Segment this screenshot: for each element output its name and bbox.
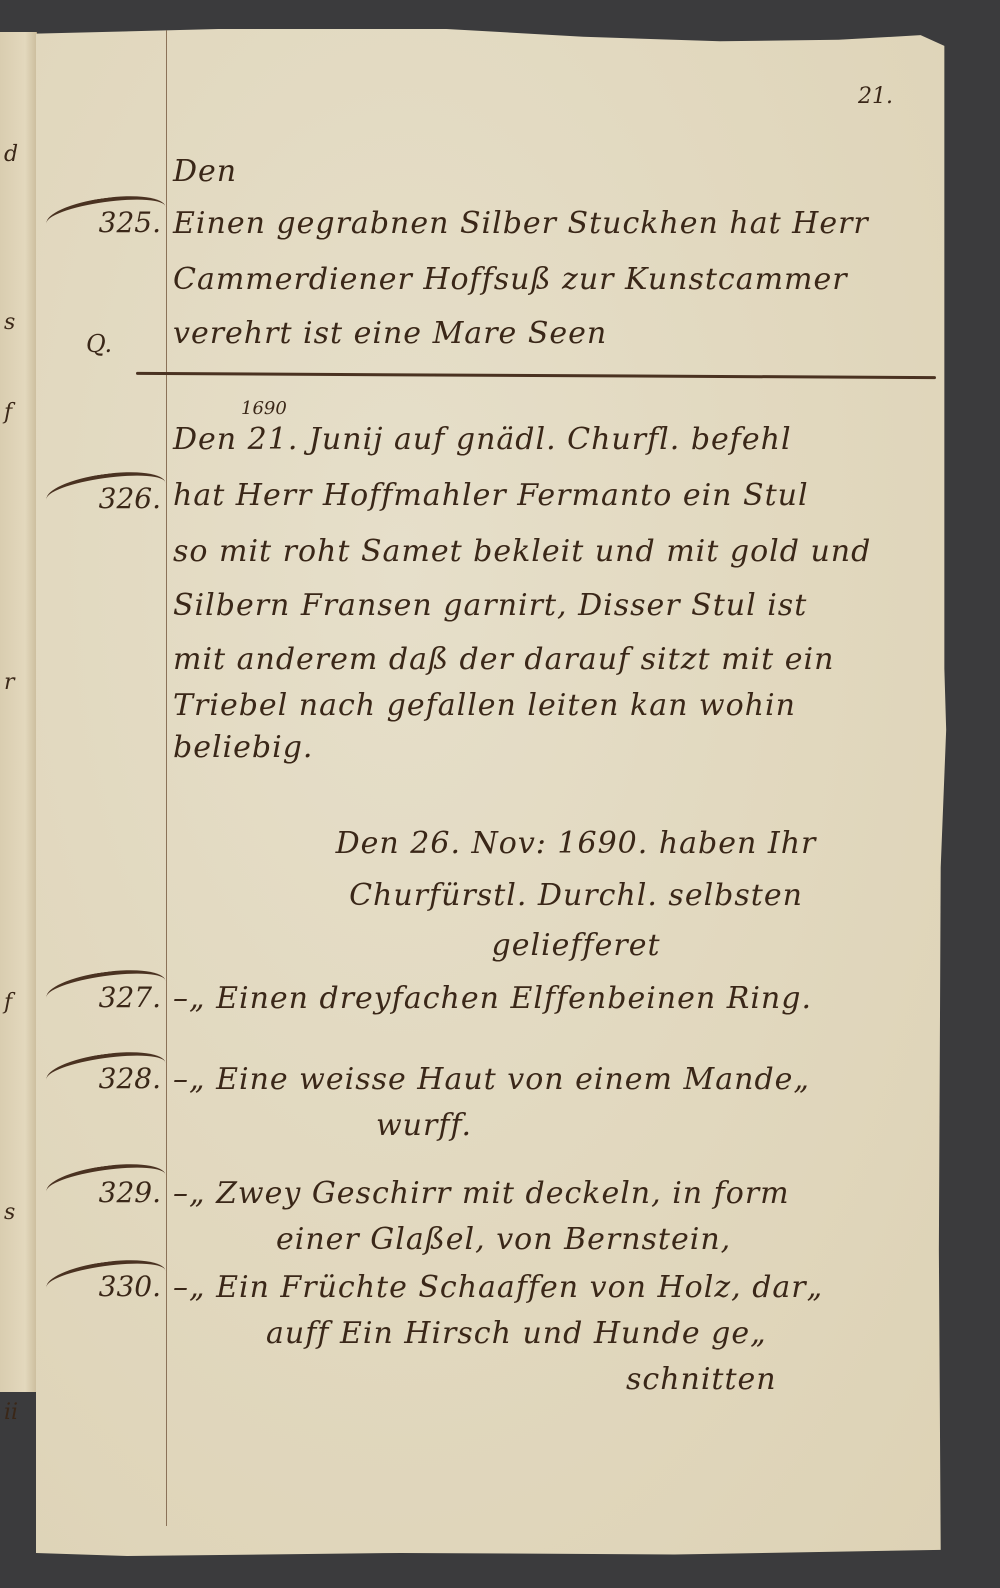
margin-rule [166, 26, 167, 1526]
margin-mark: Q. [86, 330, 112, 358]
entry-number-328: 328. [86, 1062, 161, 1095]
entry-326-year: 1690 [241, 398, 287, 419]
entry-325-line: Einen gegrabnen Silber Stuckhen hat Herr [173, 206, 943, 241]
entry-326-line: hat Herr Hoffmahler Fermanto ein Stul [173, 478, 943, 513]
prev-page-fragment: s [4, 1202, 15, 1224]
entry-329-line: einer Glaßel, von Bernstein, [276, 1222, 1000, 1257]
prev-page-fragment: ii [4, 1402, 18, 1424]
entry-329-line: –„ Zwey Geschirr mit deckeln, in form [173, 1176, 943, 1211]
prev-page-fragment: r [4, 672, 15, 694]
entry-326-line: Silbern Fransen garnirt, Disser Stul ist [173, 588, 943, 623]
entry-330-line: schnitten [626, 1362, 1000, 1397]
entry-326-line: so mit roht Samet bekleit und mit gold u… [173, 534, 943, 569]
entry-number-326: 326. [86, 482, 161, 515]
entry-326-line: beliebig. [173, 730, 943, 765]
section-heading-line: Den 26. Nov: 1690. haben Ihr [256, 826, 896, 861]
previous-page-edge: d s f r f s ii [0, 32, 37, 1392]
entry-number-327: 327. [86, 981, 161, 1014]
entry-326-line: Den 21. Junij auf gnädl. Churfl. befehl [173, 422, 943, 457]
entry-328-line: –„ Eine weisse Haut von einem Mande„ [173, 1062, 943, 1097]
manuscript-page: 21. 325. Q. Den Einen gegrabnen Silber S… [36, 26, 948, 1556]
section-heading-line: Churfürstl. Durchl. selbsten [256, 878, 896, 913]
entry-number-329: 329. [86, 1176, 161, 1209]
section-heading-line: geliefferet [256, 928, 896, 963]
entry-325-line: Cammerdiener Hoffsuß zur Kunstcammer [173, 262, 943, 297]
prev-page-fragment: f [4, 402, 12, 424]
prev-page-fragment: s [4, 312, 15, 334]
entry-326-line: mit anderem daß der darauf sitzt mit ein [173, 642, 943, 677]
section-divider [136, 372, 936, 379]
entry-330-line: auff Ein Hirsch und Hunde ge„ [266, 1316, 1000, 1351]
entry-number-325: 325. [86, 206, 161, 239]
prev-page-fragment: d [4, 144, 18, 166]
entry-330-line: –„ Ein Früchte Schaaffen von Holz, dar„ [173, 1270, 943, 1305]
prev-page-fragment: f [4, 992, 12, 1014]
entry-326-line: Triebel nach gefallen leiten kan wohin [173, 688, 943, 723]
entry-325-line: verehrt ist eine Mare Seen [173, 316, 943, 351]
entry-325-line: Den [173, 154, 943, 189]
page-number: 21. [858, 84, 893, 109]
entry-328-line: wurff. [376, 1108, 1000, 1143]
entry-327-line: –„ Einen dreyfachen Elffenbeinen Ring. [173, 981, 943, 1016]
entry-number-330: 330. [86, 1270, 161, 1303]
